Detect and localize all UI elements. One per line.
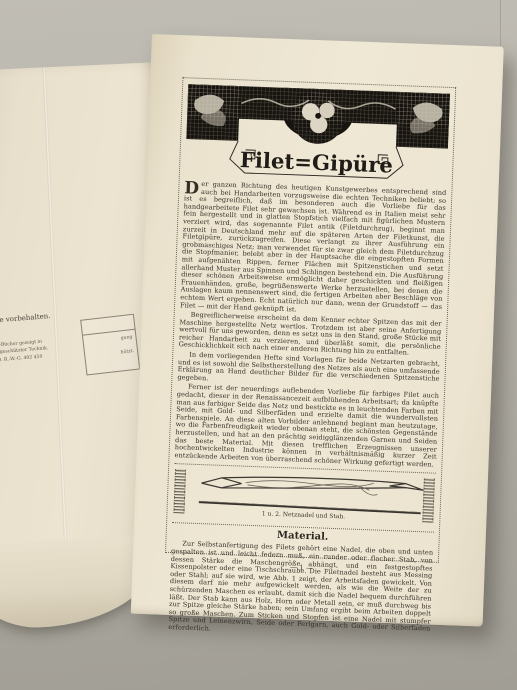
page-title: Filet=Gipüre bbox=[239, 147, 393, 178]
drop-cap: D bbox=[184, 180, 201, 196]
stamp-fragment: hützt. bbox=[120, 349, 134, 356]
stamp-fragment: gung bbox=[121, 335, 133, 341]
printed-dotted-frame: Filet=Gipüre Der ganzen Richtung des heu… bbox=[165, 77, 456, 563]
book-photo: lle Rechte vorbehalten. r Handarbeits-Bü… bbox=[0, 0, 517, 690]
right-page: Filet=Gipüre Der ganzen Richtung des heu… bbox=[131, 34, 504, 627]
paragraph: Zur Selbstanfertigung des Filets gehört … bbox=[168, 540, 433, 641]
protection-notice: r Handarbeits-Bücher gezeigt in n besond… bbox=[0, 338, 56, 367]
background-seam bbox=[500, 0, 501, 46]
intro-text: Der ganzen Richtung des heutigen Kunstge… bbox=[174, 180, 446, 469]
material-text: Zur Selbstanfertigung des Filets gehört … bbox=[168, 540, 433, 641]
figure-box: 1 u. 2. Netznadel und Stab. bbox=[172, 463, 436, 533]
paragraph-text: er ganzen Richtung des heutigen Kunstgew… bbox=[180, 180, 447, 313]
rights-notice-text: lle Rechte vorbehalten. bbox=[0, 311, 60, 326]
paragraph: Ferner ist der neuerdings auflebenden Vo… bbox=[174, 384, 439, 469]
stamp-box: gung hützt. bbox=[80, 314, 140, 376]
paragraph: Der ganzen Richtung des heutigen Kunstge… bbox=[180, 180, 447, 319]
lace-header-art: Filet=Gipüre bbox=[185, 82, 450, 190]
